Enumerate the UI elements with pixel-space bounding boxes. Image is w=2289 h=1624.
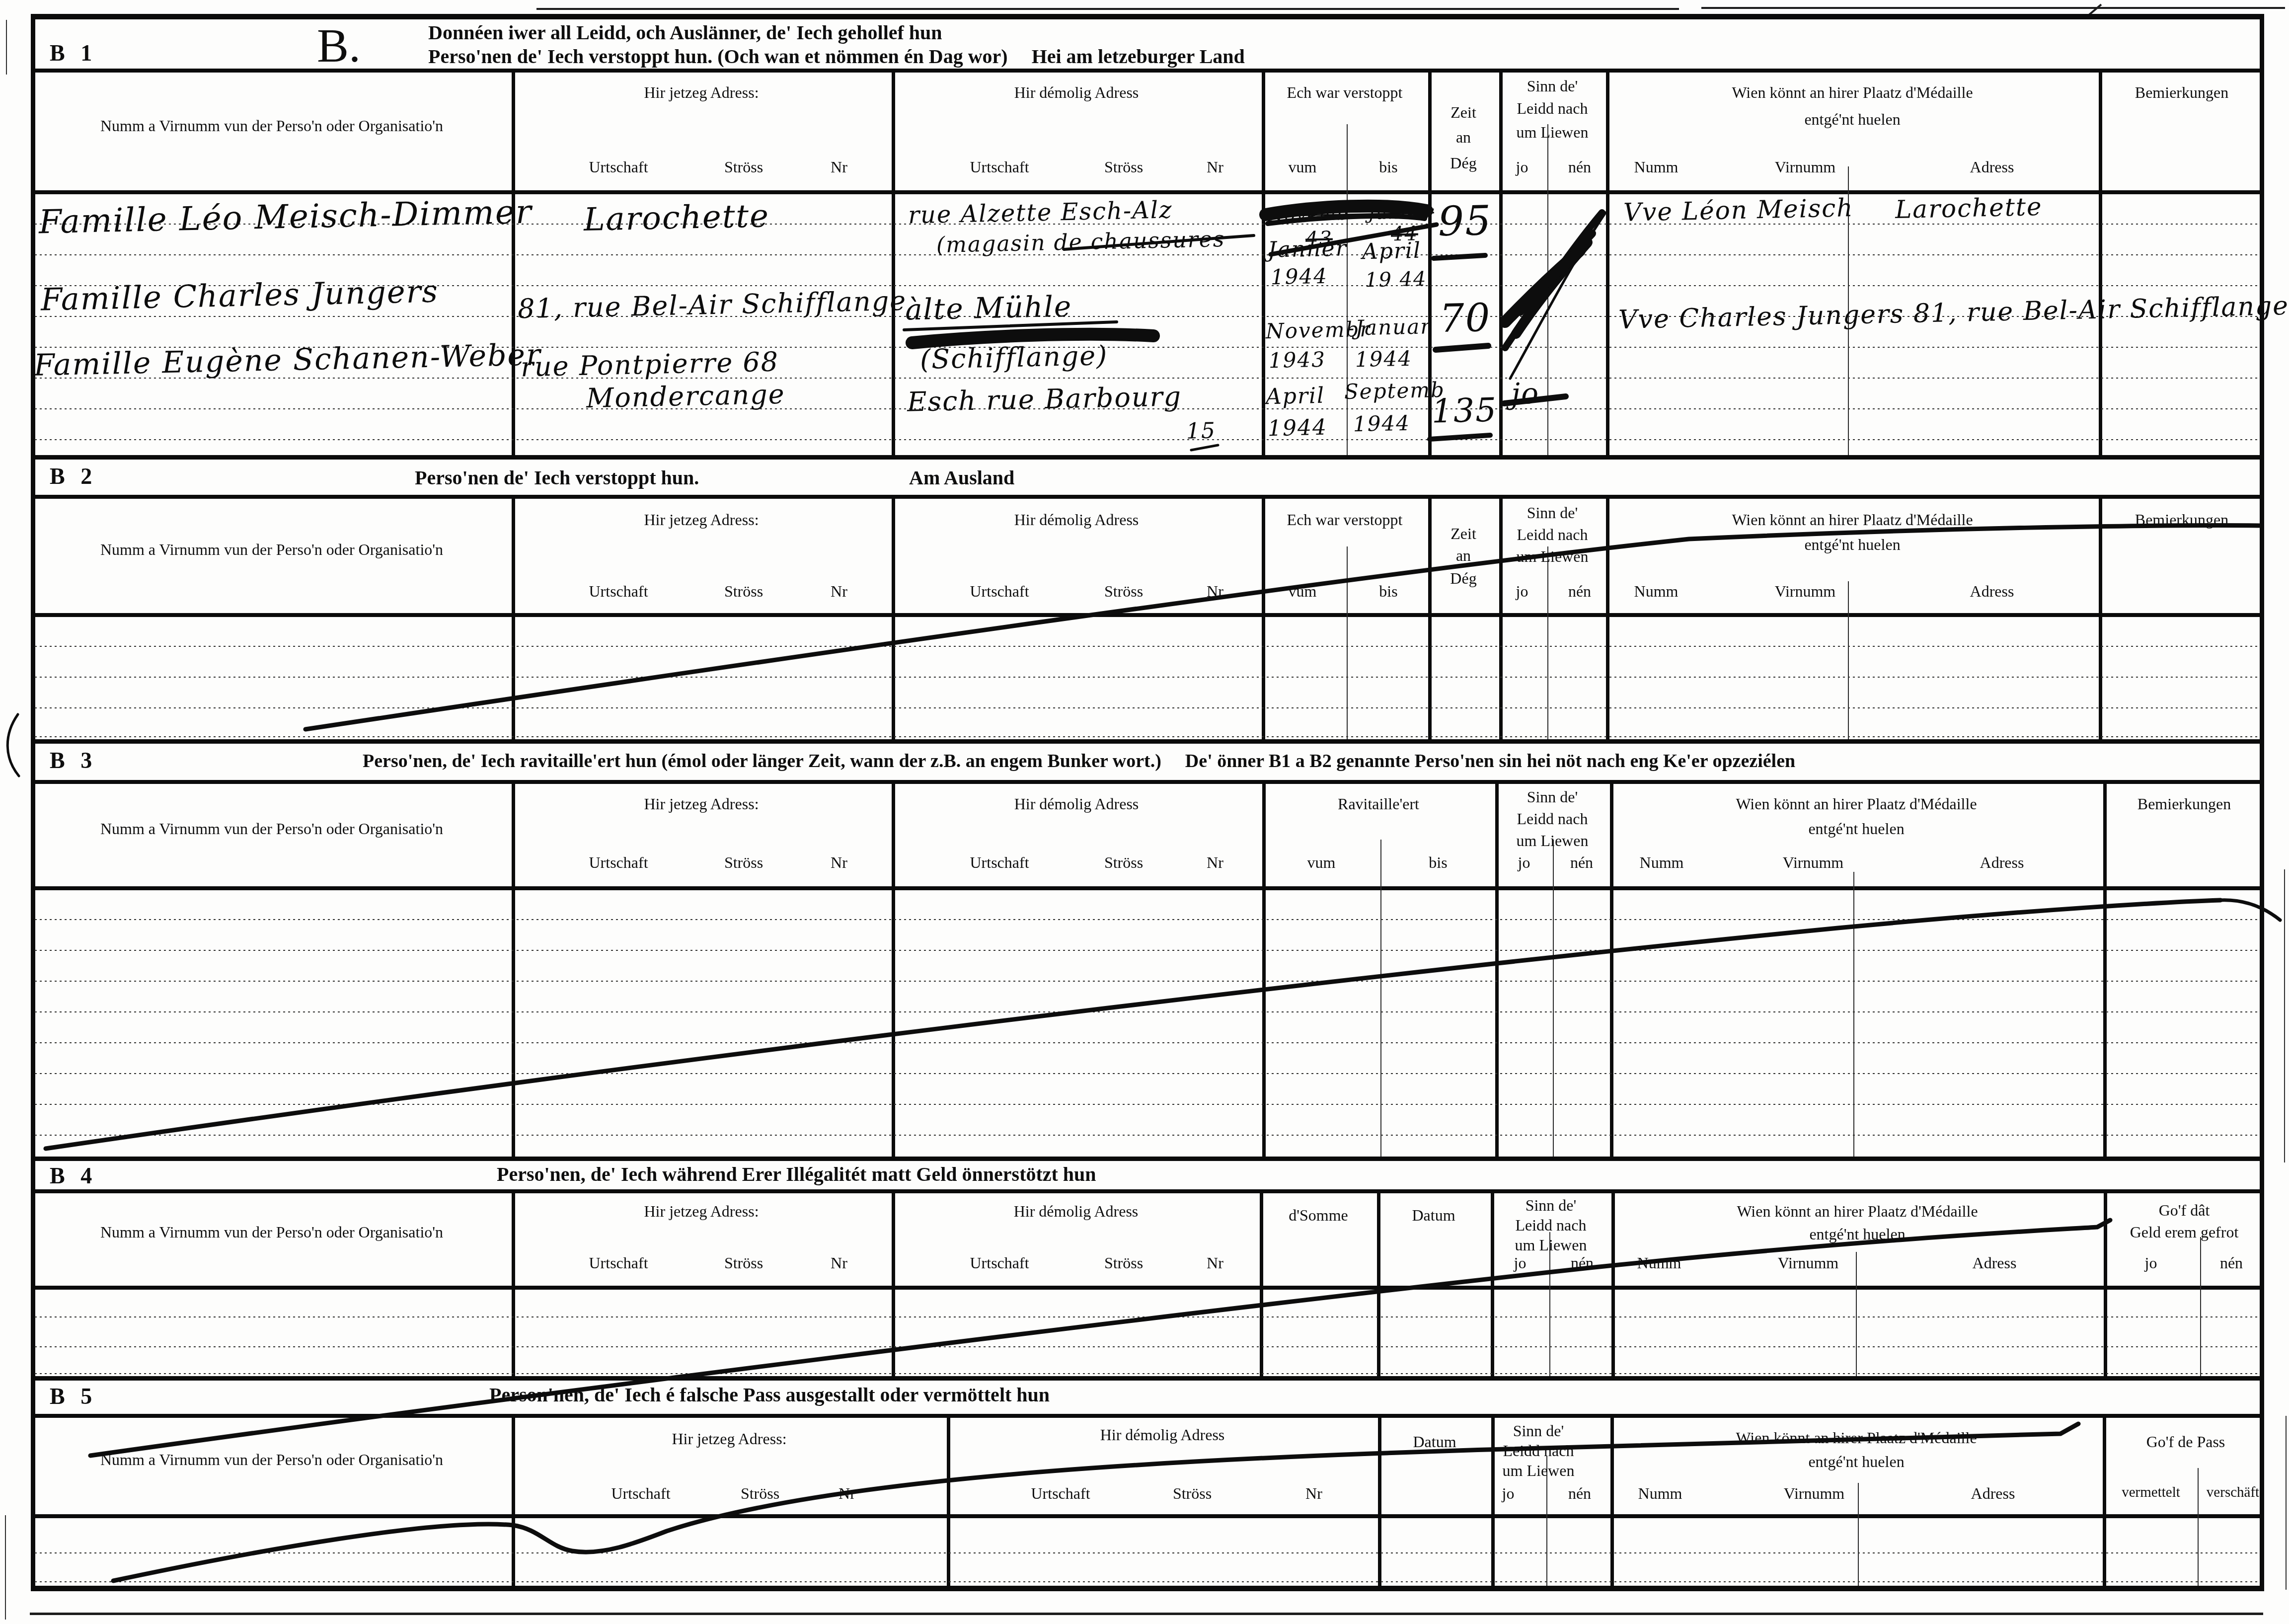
col-alive-header: um Liewen [1517, 123, 1589, 142]
col-medal-header: entgé'nt huelen [1804, 536, 1900, 554]
column-divider [1262, 780, 1266, 1157]
col-medal-header: entgé'nt huelen [1808, 820, 1904, 838]
entry-date-vum: 1944 [1270, 264, 1328, 289]
col-stross-header: Ströss [1104, 853, 1143, 872]
row-divider [32, 780, 2263, 784]
column-divider [892, 70, 895, 455]
entry1-alive-scribble [1516, 242, 1588, 334]
column-divider [1610, 780, 1613, 1157]
col-amount-header: d'Somme [1289, 1206, 1348, 1225]
col-numm-header: Numm [1640, 853, 1684, 872]
col-alive-header: Sinn de' [1527, 504, 1578, 522]
col-adress-header: Adress [1971, 1484, 2015, 1503]
col-adress-header: Adress [1973, 1254, 2017, 1272]
entry1-alive-scribble [1520, 233, 1592, 312]
col-nen-header: nén [1568, 1484, 1591, 1503]
sub-column-divider [1347, 546, 1348, 739]
column-divider [1262, 495, 1265, 739]
col-pass-given-header: Go'f de Pass [2146, 1433, 2225, 1451]
col-alive-header: um Liewen [1515, 1236, 1587, 1254]
col-urtschaft-header: Urtschaft [970, 1254, 1029, 1272]
column-divider [1606, 70, 1609, 455]
entry-medal-address: Larochette [1895, 192, 2043, 224]
column-divider [2099, 495, 2102, 739]
col-remarks-header: Bemierkungen [2135, 83, 2228, 102]
dotted-writing-line [35, 1011, 2260, 1012]
column-divider [1499, 495, 1503, 739]
entry-current-address: Mondercange [586, 379, 785, 414]
col-former-address-header: Hir démolig Adress [1014, 83, 1139, 102]
column-divider [1428, 495, 1432, 739]
entry-alive-jo: jo [1511, 376, 1539, 410]
section-b5-title: Person'nen, de' Iech é falsche Pass ausg… [489, 1383, 1050, 1406]
column-divider [2104, 1189, 2107, 1376]
col-nr-header: Nr [1207, 158, 1223, 176]
row-divider [32, 1414, 2263, 1418]
col-former-address-header: Hir démolig Adress [1100, 1426, 1225, 1444]
dotted-writing-line [35, 981, 2260, 982]
table-border-right [2260, 14, 2264, 1591]
col-jo-header: jo [1516, 582, 1528, 601]
column-divider [1377, 1189, 1380, 1376]
entry-date-bis: April [1362, 238, 1421, 264]
col-medal-header: Wien könnt an hirer Plaatz d'Médaille [1736, 1429, 1977, 1447]
dotted-writing-line [35, 919, 2260, 920]
row-divider [32, 1376, 2263, 1381]
entry-name: Famille Charles Jungers [40, 273, 439, 318]
col-medal-header: entgé'nt huelen [1809, 1225, 1905, 1243]
entry1-days-underline [1434, 255, 1485, 258]
col-days-header: Zeit [1450, 525, 1476, 543]
col-vum-header: vum [1289, 582, 1317, 601]
dotted-writing-line [35, 1104, 2260, 1105]
row-divider [32, 1286, 2263, 1290]
entry-current-address: 81, rue Bel-Air Schifflange [517, 285, 907, 324]
scan-edge-line [1701, 7, 2285, 9]
col-nr-header: Nr [1305, 1484, 1322, 1503]
row-divider [32, 455, 2263, 460]
col-stross-header: Ströss [741, 1484, 779, 1503]
section-b3-title-note: De' önner B1 a B2 genannte Perso'nen sin… [1185, 751, 1795, 772]
entry-date-bis: 1944 [1353, 411, 1410, 436]
section-b2-title: Perso'nen de' Iech verstoppt hun. [415, 466, 699, 489]
col-medal-header: Wien könnt an hirer Plaatz d'Médaille [1732, 511, 1973, 529]
section-b2-id: B 2 [50, 463, 97, 489]
col-urtschaft-header: Urtschaft [589, 1254, 648, 1272]
dotted-writing-line [35, 950, 2260, 951]
column-divider [1378, 1414, 1381, 1586]
col-days-header: an [1456, 546, 1471, 565]
entry-former-address: (Schifflange) [919, 340, 1108, 375]
entry-name: Famille Léo Meisch-Dimmer [38, 193, 533, 241]
sub-column-divider [1380, 840, 1381, 1157]
entry-medal-name: Vve Léon Meisch [1623, 193, 1854, 227]
column-divider [1260, 1189, 1263, 1376]
table-border-left [31, 14, 35, 1591]
col-alive-header: Leidd nach [1517, 99, 1588, 118]
col-medal-header: Wien könnt an hirer Plaatz d'Médaille [1737, 1202, 1978, 1221]
dotted-writing-line [35, 254, 2260, 255]
col-days-header: Dég [1450, 154, 1476, 172]
column-divider [512, 1189, 515, 1376]
dotted-writing-line [35, 439, 2260, 440]
scanned-form-page: B 1 B. Donnéen iwer all Leidd, och Auslä… [0, 0, 2289, 1624]
column-divider [1495, 780, 1499, 1157]
col-name-header: Numm a Virnumm vun der Perso'n oder Orga… [100, 820, 443, 838]
scan-edge-line [2284, 869, 2285, 1162]
col-urtschaft-header: Urtschaft [589, 853, 648, 872]
entry3-days-underline [1430, 435, 1490, 439]
section-b5-id: B 5 [50, 1383, 97, 1409]
column-divider [892, 780, 895, 1157]
col-alive-header: Sinn de' [1513, 1422, 1564, 1440]
sub-column-divider [1547, 124, 1548, 455]
entry1-alive-scribble [1505, 251, 1580, 322]
column-divider [1606, 495, 1609, 739]
entry-days-count: 70 [1439, 296, 1491, 341]
col-nr-header: Nr [839, 1484, 855, 1503]
col-jo-header: jo [1516, 158, 1528, 176]
col-nr-header: Nr [831, 158, 847, 176]
col-adress-header: Adress [1970, 158, 2014, 176]
col-virnumm-header: Virnumm [1775, 158, 1836, 176]
col-days-header: Dég [1450, 569, 1476, 588]
dotted-writing-line [35, 736, 2260, 737]
margin-parenthesis-mark [7, 714, 19, 776]
entry-days-count: 135 [1431, 391, 1498, 431]
entry-former-address: (magasin de chaussures [936, 227, 1225, 258]
sub-column-divider [1547, 546, 1548, 739]
col-supplied-header: Ravitaille'ert [1338, 795, 1419, 813]
col-verschaft-header: verschäft [2207, 1484, 2259, 1501]
col-numm-header: Numm [1634, 582, 1679, 601]
section-b1-id: B 1 [50, 40, 97, 66]
table-border-top [32, 14, 2263, 19]
column-divider [512, 780, 515, 1157]
row-divider [32, 613, 2263, 617]
col-name-header: Numm a Virnumm vun der Perso'n oder Orga… [100, 1223, 443, 1241]
col-stross-header: Ströss [1104, 158, 1143, 176]
row-divider [32, 190, 2263, 194]
scan-edge-line [2286, 1416, 2287, 1590]
col-nen-header: nén [1568, 582, 1591, 601]
col-name-header: Numm a Virnumm vun der Perso'n oder Orga… [100, 541, 443, 559]
col-name-header: Numm a Virnumm vun der Perso'n oder Orga… [100, 117, 443, 135]
entry-days-count: 95 [1438, 197, 1492, 245]
col-urtschaft-header: Urtschaft [589, 158, 648, 176]
sub-column-divider [1347, 124, 1348, 455]
entry-medal-name: Vve Charles Jungers 81, rue Bel-Air Schi… [1618, 291, 2289, 335]
col-urtschaft-header: Urtschaft [970, 582, 1029, 601]
col-alive-header: Leidd nach [1517, 810, 1588, 828]
col-remarks-header: Bemierkungen [2137, 795, 2231, 813]
col-medal-header: Wien könnt an hirer Plaatz d'Médaille [1732, 83, 1973, 102]
entry-date-vum: 1944 [1267, 415, 1327, 442]
row-divider [32, 69, 2263, 73]
col-nr-header: Nr [831, 1254, 847, 1272]
col-days-header: an [1456, 128, 1471, 147]
scan-edge-line [30, 1613, 2263, 1615]
entry-former-address: 15 [1186, 418, 1216, 444]
col-nen-header: nén [1570, 853, 1593, 872]
col-nr-header: Nr [831, 582, 847, 601]
sub-column-divider [1848, 581, 1849, 739]
entry-former-address: Esch rue Barbourg [907, 381, 1182, 418]
entry1-alive-scribble [1510, 213, 1605, 379]
entry-date-bis: 1944 [1355, 346, 1412, 372]
dotted-writing-line [35, 1373, 2260, 1374]
col-current-address-header: Hir jetzeg Adress: [644, 1202, 759, 1221]
column-divider [892, 1189, 895, 1376]
col-alive-header: Leidd nach [1515, 1216, 1586, 1235]
sub-column-divider [2198, 1468, 2199, 1586]
col-nen-header: nén [1571, 1254, 1594, 1272]
col-alive-header: Leidd nach [1517, 526, 1588, 544]
dotted-writing-line [35, 1042, 2260, 1043]
col-nr-header: Nr [1207, 1254, 1223, 1272]
dotted-writing-line [35, 1135, 2260, 1136]
column-divider [512, 1414, 515, 1586]
col-current-address-header: Hir jetzeg Adress: [644, 795, 759, 813]
column-divider [2103, 1414, 2106, 1586]
col-stross-header: Ströss [724, 582, 763, 601]
sub-column-divider [1853, 872, 1854, 1157]
section-b3-title: Perso'nen, de' Iech ravitaille'ert hun (… [363, 750, 1795, 772]
col-virnumm-header: Virnumm [1775, 582, 1836, 601]
sub-column-divider [2200, 1237, 2201, 1376]
column-divider [1491, 1189, 1494, 1376]
entry-date-bis: 19 44 [1365, 268, 1427, 292]
section-b3-crossout-line [46, 900, 2220, 1149]
col-virnumm-header: Virnumm [1778, 1254, 1839, 1272]
col-jo-header: jo [2145, 1254, 2157, 1272]
column-divider [2099, 70, 2102, 455]
dotted-writing-line [35, 1073, 2260, 1074]
col-nr-header: Nr [1207, 853, 1223, 872]
dotted-writing-line [35, 1346, 2260, 1347]
col-alive-header: Leidd nach [1503, 1442, 1574, 1460]
col-alive-header: um Liewen [1503, 1462, 1575, 1480]
dotted-writing-line [35, 1316, 2260, 1317]
section-b4-id: B 4 [50, 1162, 97, 1189]
column-divider [1611, 1189, 1615, 1376]
col-alive-header: um Liewen [1517, 832, 1589, 850]
col-medal-header: entgé'nt huelen [1808, 1453, 1904, 1471]
col-stross-header: Ströss [724, 158, 763, 176]
dotted-writing-line [35, 677, 2260, 678]
col-former-address-header: Hir démolig Adress [1014, 511, 1139, 529]
col-numm-header: Numm [1637, 1254, 1681, 1272]
table-border-bottom [32, 1586, 2263, 1591]
col-stross-header: Ströss [1173, 1484, 1212, 1503]
column-divider [1262, 70, 1265, 455]
col-jo-header: jo [1502, 1484, 1515, 1503]
col-nen-header: nén [1568, 158, 1591, 176]
scan-edge-line [536, 8, 1679, 10]
col-date-header: Datum [1413, 1433, 1456, 1451]
col-bis-header: bis [1379, 158, 1397, 176]
dotted-writing-line [35, 1552, 2260, 1553]
section-b2-crossout-line [305, 526, 2259, 729]
form-title-line2-text: Perso'nen de' Iech verstoppt hun. (Och w… [428, 45, 1008, 68]
col-virnumm-header: Virnumm [1783, 853, 1844, 872]
col-days-header: Zeit [1450, 103, 1476, 122]
col-vum-header: vum [1289, 158, 1317, 176]
dotted-writing-line [35, 1581, 2260, 1582]
col-nr-header: Nr [1207, 582, 1223, 601]
col-stross-header: Ströss [1104, 1254, 1143, 1272]
dotted-writing-line [35, 646, 2260, 647]
column-divider [1610, 1414, 1614, 1586]
col-jo-header: jo [1518, 853, 1530, 872]
col-virnumm-header: Virnumm [1784, 1484, 1845, 1503]
sub-column-divider [1553, 840, 1554, 1157]
col-stross-header: Ströss [724, 1254, 763, 1272]
col-nen-header: nén [2220, 1254, 2243, 1272]
col-stross-header: Ströss [1104, 582, 1143, 601]
entry-date-vum: Janner [1267, 235, 1347, 262]
col-medal-header: Wien könnt an hirer Plaatz d'Médaille [1736, 795, 1977, 813]
col-hidden-header: Ech war verstoppt [1287, 83, 1403, 102]
scan-edge-line [6, 20, 7, 75]
entry-date-vum: April [1265, 383, 1325, 409]
col-jo-header: jo [1514, 1254, 1526, 1272]
entry-name: Famille Eugène Schanen-Weber [33, 337, 541, 383]
row-divider [32, 495, 2263, 499]
entry1-alive-scribble [1505, 213, 1602, 348]
row-divider [32, 1189, 2263, 1193]
col-date-header: Datum [1412, 1206, 1455, 1225]
form-title-line1: Donnéen iwer all Leidd, och Auslänner, d… [428, 21, 942, 44]
col-bis-header: bis [1379, 582, 1397, 601]
col-current-address-header: Hir jetzeg Adress: [672, 1430, 786, 1448]
col-money-returned-header: Go'f dât [2159, 1201, 2210, 1220]
sub-column-divider [1856, 1252, 1857, 1376]
section-b2-subtitle: Am Ausland [909, 466, 1014, 489]
entry-current-address: rue Pontpierre 68 [520, 346, 779, 383]
col-alive-header: um Liewen [1517, 547, 1589, 566]
col-urtschaft-header: Urtschaft [589, 582, 648, 601]
section-b4-title: Perso'nen, de' Iech während Erer Illégal… [497, 1162, 1096, 1186]
col-urtschaft-header: Urtschaft [970, 158, 1029, 176]
column-divider [892, 495, 895, 739]
section-b3-crossout-tail [2220, 900, 2280, 920]
section-b-letter: B. [317, 18, 361, 73]
row-divider [32, 739, 2263, 744]
entry-former-address: àlte Mühle [905, 289, 1072, 326]
col-urtschaft-header: Urtschaft [970, 853, 1029, 872]
entry-current-address: Larochette [583, 198, 769, 238]
column-divider [512, 70, 515, 455]
dotted-writing-line [35, 707, 2260, 708]
col-adress-header: Adress [1970, 582, 2014, 601]
column-divider [947, 1414, 950, 1586]
col-nr-header: Nr [831, 853, 847, 872]
col-remarks-header: Bemierkungen [2135, 511, 2228, 529]
col-bis-header: bis [1429, 853, 1447, 872]
entry-former-address: rue Alzette Esch-Alz [908, 196, 1173, 229]
col-alive-header: Sinn de' [1527, 788, 1578, 806]
entry-date-vum: 1943 [1268, 347, 1326, 373]
form-title-country: Hei am letzeburger Land [1032, 45, 1245, 68]
col-vum-header: vum [1307, 853, 1336, 872]
col-former-address-header: Hir démolig Adress [1014, 1202, 1139, 1221]
col-medal-header: entgé'nt huelen [1804, 110, 1900, 129]
col-vermettelt-header: vermettelt [2122, 1484, 2180, 1501]
form-title-line2: Perso'nen de' Iech verstoppt hun. (Och w… [428, 45, 1245, 68]
col-money-returned-header: Geld erem gefrot [2130, 1223, 2239, 1241]
col-hidden-header: Ech war verstoppt [1287, 511, 1403, 529]
col-former-address-header: Hir démolig Adress [1014, 795, 1139, 813]
col-name-header: Numm a Virnumm vun der Perso'n oder Orga… [100, 1451, 443, 1469]
col-urtschaft-header: Urtschaft [1031, 1484, 1090, 1503]
scan-edge-line [5, 1515, 6, 1620]
entry-date-bis: Septemb [1344, 378, 1446, 404]
dotted-writing-line [35, 378, 2260, 379]
section-b3-title-text: Perso'nen, de' Iech ravitaille'ert hun (… [363, 751, 1161, 772]
row-divider [32, 886, 2263, 890]
col-current-address-header: Hir jetzeg Adress: [644, 511, 759, 529]
column-divider [1491, 1414, 1495, 1586]
entry3-nr-flourish [1191, 445, 1218, 450]
col-urtschaft-header: Urtschaft [611, 1484, 670, 1503]
col-adress-header: Adress [1980, 853, 2024, 872]
sub-column-divider [1858, 1483, 1859, 1586]
col-numm-header: Numm [1638, 1484, 1682, 1503]
col-current-address-header: Hir jetzeg Adress: [644, 83, 759, 102]
section-b3-id: B 3 [50, 747, 97, 773]
column-divider [2103, 780, 2107, 1157]
col-alive-header: Sinn de' [1526, 1196, 1577, 1215]
row-divider [32, 1157, 2263, 1161]
col-numm-header: Numm [1634, 158, 1679, 176]
col-stross-header: Ströss [724, 853, 763, 872]
row-divider [32, 1514, 2263, 1518]
entry-date-bis: -Januar [1347, 314, 1432, 340]
column-divider [1499, 70, 1503, 455]
col-alive-header: Sinn de' [1527, 77, 1578, 95]
column-divider [512, 495, 515, 739]
